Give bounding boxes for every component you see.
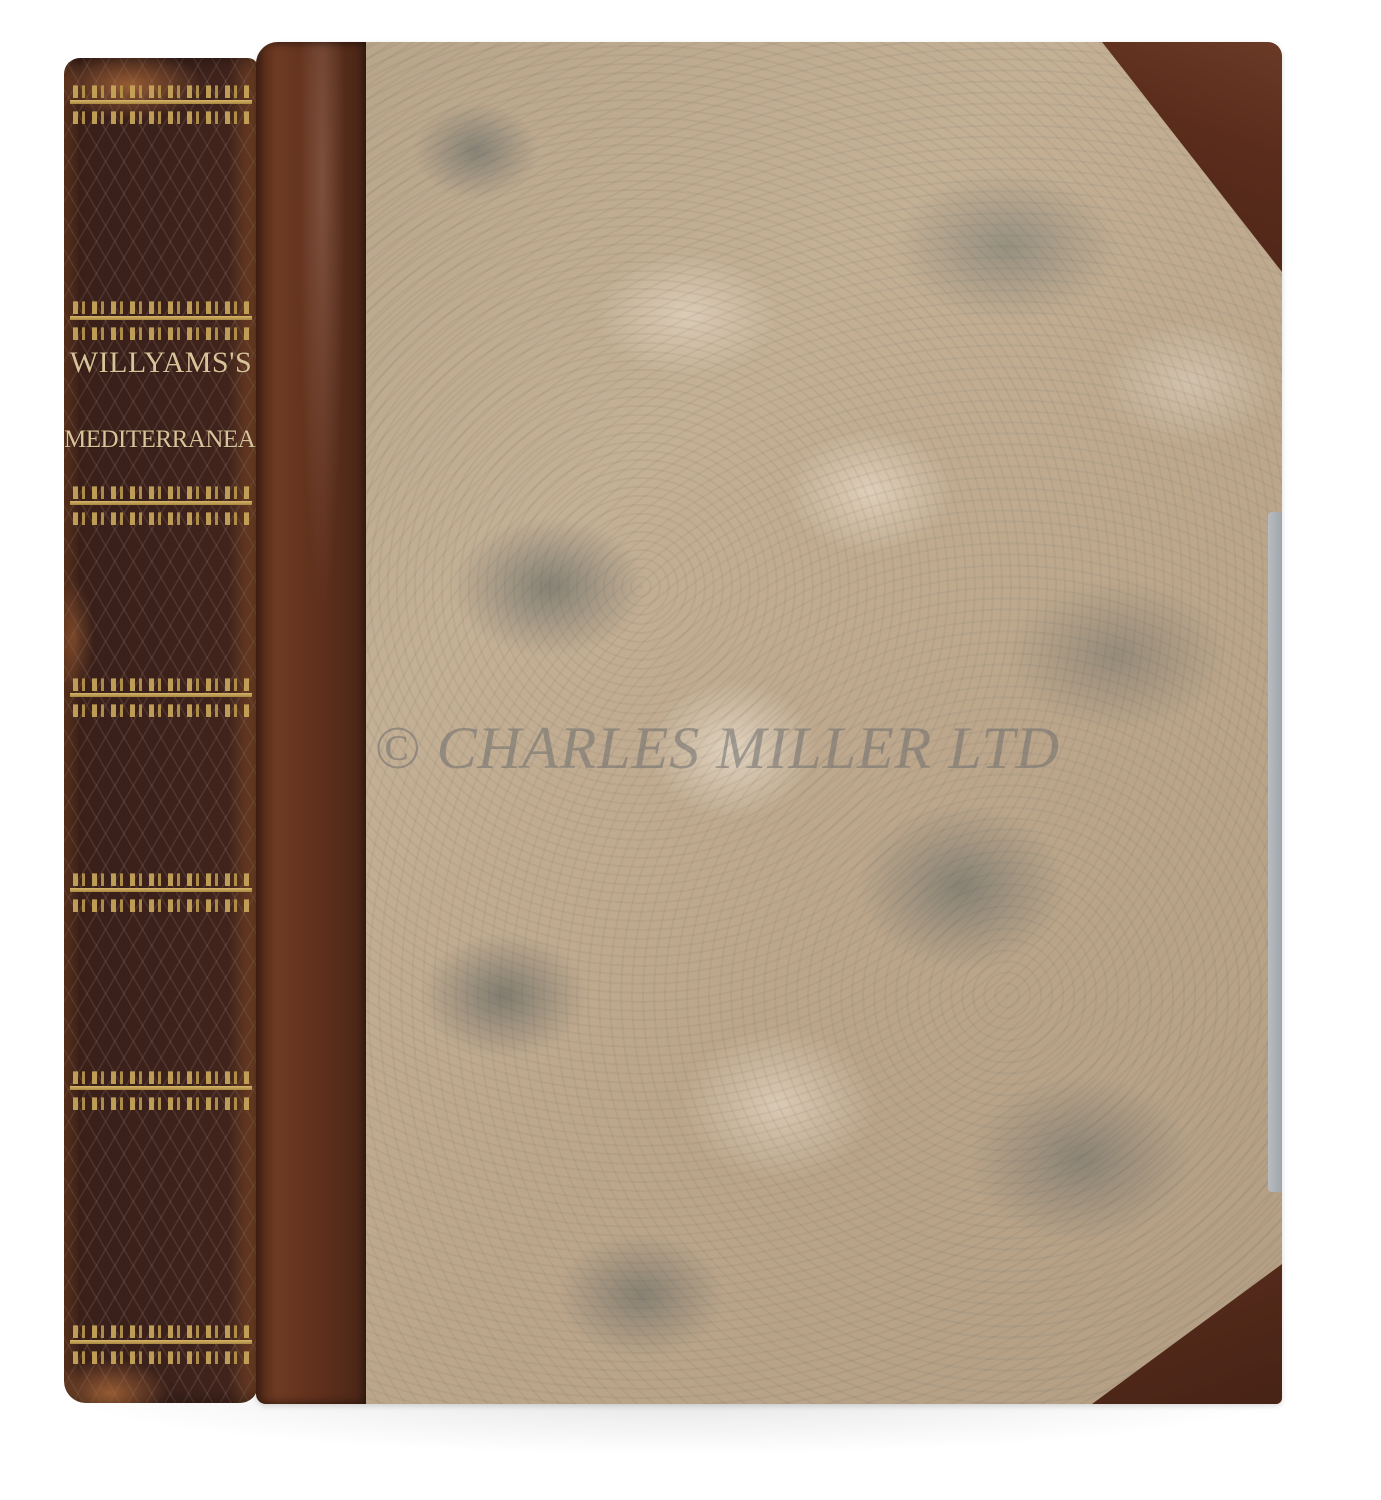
floor-shadow <box>60 1395 1290 1455</box>
gilt-band <box>70 1320 252 1368</box>
front-board: © CHARLES MILLER LTD <box>256 42 1282 1404</box>
gilt-band <box>70 481 252 529</box>
gilt-band <box>70 868 252 916</box>
book-spine: WILLYAMS'S MEDITERRANEAN <box>64 58 258 1403</box>
spine-title-subject: MEDITERRANEAN <box>64 426 258 454</box>
gilt-band <box>70 1066 252 1114</box>
gilt-band <box>70 673 252 721</box>
watermark-text: © CHARLES MILLER LTD <box>366 714 1194 783</box>
spine-title-author: WILLYAMS'S <box>64 346 258 380</box>
gilt-band <box>70 80 252 128</box>
leather-fore-strip <box>256 42 366 1404</box>
worn-fore-edge <box>1268 512 1282 1192</box>
gilt-band <box>70 296 252 344</box>
